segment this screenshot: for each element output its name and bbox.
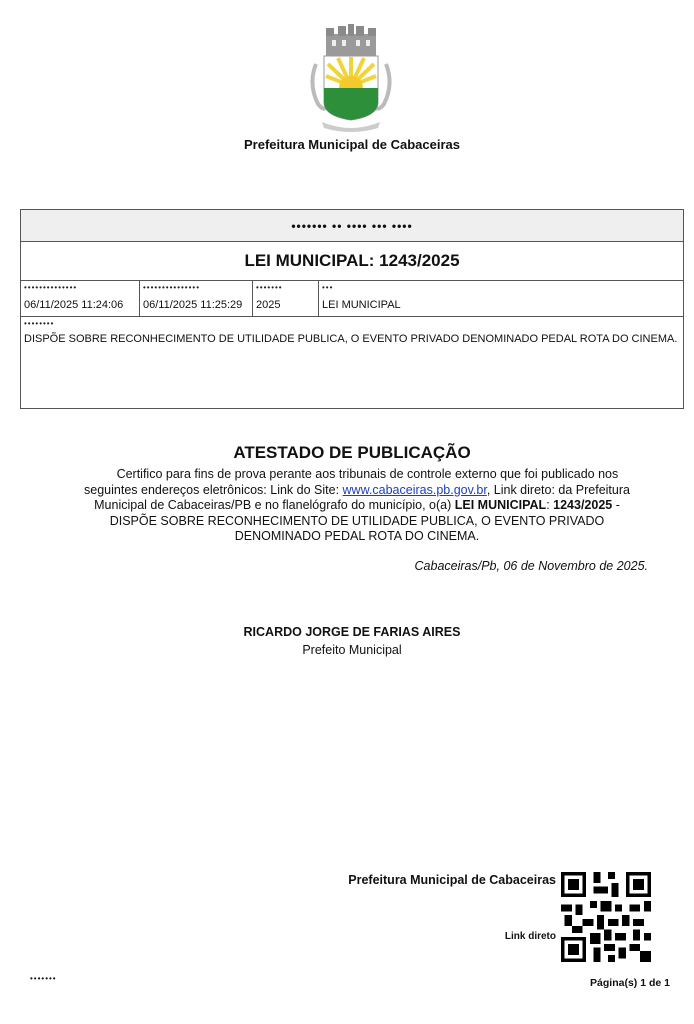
coat-of-arms-logo [308, 24, 394, 132]
signer-role: Prefeito Municipal [0, 643, 694, 657]
meta-label: ••••••••••••••• [143, 283, 249, 295]
meta-value: 06/11/2025 11:25:29 [143, 299, 249, 311]
meta-value: LEI MUNICIPAL [322, 299, 680, 311]
document-info-table: ••••••• •• •••• ••• •••• LEI MUNICIPAL: … [20, 209, 684, 409]
site-link[interactable]: www.cabaceiras.pb.gov.br [343, 483, 487, 497]
law-title: LEI MUNICIPAL: 1243/2025 [21, 242, 683, 281]
footer-link-label: Link direto [505, 931, 556, 942]
place-date: Cabaceiras/Pb, 06 de Novembro de 2025. [415, 559, 648, 573]
attestation-title: ATESTADO DE PUBLICAÇÃO [0, 443, 694, 463]
table-header: ••••••• •• •••• ••• •••• [21, 210, 683, 242]
meta-value: 2025 [256, 299, 315, 311]
meta-label: ••• [322, 283, 680, 295]
meta-label: ••••••• [256, 283, 315, 295]
meta-cell-published: ••••••••••••••• 06/11/2025 11:25:29 [140, 281, 253, 316]
signer-name: RICARDO JORGE DE FARIAS AIRES [0, 625, 694, 639]
attestation-body: Certifico para fins de prova perante aos… [70, 467, 644, 545]
footer-org-name: Prefeitura Municipal de Cabaceiras [348, 873, 556, 887]
meta-value: 06/11/2025 11:24:06 [24, 299, 136, 311]
description-label: •••••••• [24, 319, 680, 331]
law-type-bold: LEI MUNICIPAL [455, 498, 546, 512]
meta-cell-type: ••• LEI MUNICIPAL [319, 281, 683, 316]
footer-left-label: ••••••• [30, 974, 57, 983]
meta-cell-year: ••••••• 2025 [253, 281, 319, 316]
page-number: Página(s) 1 de 1 [590, 977, 670, 989]
meta-cell-created: •••••••••••••• 06/11/2025 11:24:06 [21, 281, 140, 316]
org-title: Prefeitura Municipal de Cabaceiras [0, 137, 694, 152]
qr-code-icon[interactable] [561, 872, 651, 962]
description-row: •••••••• DISPÕE SOBRE RECONHECIMENTO DE … [21, 317, 683, 408]
meta-label: •••••••••••••• [24, 283, 136, 295]
law-number-bold: 1243/2025 [553, 498, 612, 512]
description-text: DISPÕE SOBRE RECONHECIMENTO DE UTILIDADE… [24, 333, 680, 346]
meta-row: •••••••••••••• 06/11/2025 11:24:06 •••••… [21, 281, 683, 317]
